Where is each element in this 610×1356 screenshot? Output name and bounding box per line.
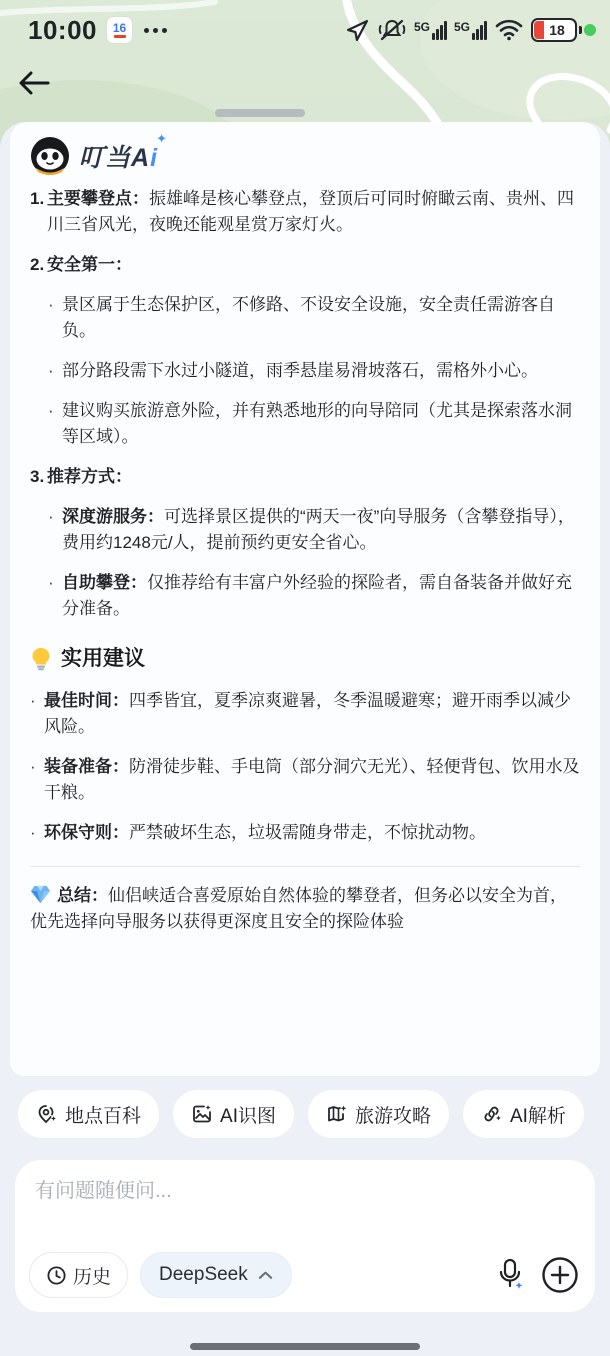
quick-action-location-wiki[interactable]: 地点百科 bbox=[18, 1090, 159, 1138]
sparkle-icon: ✦ bbox=[156, 131, 168, 147]
summary-paragraph: 总结：仙侣峡适合喜爱原始自然体验的攀登者，但务必以安全为首，优先选择向导服务以获… bbox=[30, 883, 580, 935]
history-button[interactable]: 历史 bbox=[29, 1252, 128, 1298]
composer-card: 历史 DeepSeek bbox=[15, 1160, 595, 1312]
app-logo: 叮当Ai✦ bbox=[30, 134, 580, 178]
drag-handle[interactable] bbox=[215, 109, 305, 117]
clock-icon bbox=[46, 1265, 67, 1286]
signal-5g-icon-2: 5G bbox=[454, 21, 487, 40]
list-item: · 景区属于生态保护区，不修路、不设安全设施，安全责任需游客自负。 bbox=[48, 292, 580, 344]
signal-5g-icon-1: 5G bbox=[414, 21, 447, 40]
tips-heading: 实用建议 bbox=[30, 646, 580, 672]
list-item: 3. 推荐方式： bbox=[30, 464, 580, 490]
quick-action-travel-guide[interactable]: 旅游攻略 bbox=[308, 1090, 449, 1138]
back-arrow-icon bbox=[16, 67, 52, 99]
recording-indicator-dot bbox=[584, 24, 596, 36]
calendar-icon: 16 bbox=[107, 17, 132, 43]
status-bar: 10:00 16 5G 5G bbox=[0, 12, 610, 48]
location-sparkle-icon bbox=[36, 1103, 58, 1125]
list-item: · 最佳时间：四季皆宜，夏季凉爽避暑，冬季温暖避寒；避开雨季以减少风险。 bbox=[30, 688, 580, 740]
diamond-icon bbox=[30, 885, 51, 904]
ai-answer-text: 1. 主要攀登点：振雄峰是核心攀登点，登顶后可同时俯瞰云南、贵州、四川三省风光，… bbox=[30, 186, 580, 935]
battery-icon: 18 bbox=[531, 18, 577, 42]
model-selector[interactable]: DeepSeek bbox=[140, 1252, 292, 1298]
question-input[interactable] bbox=[33, 1174, 577, 1209]
list-item: 1. 主要攀登点：振雄峰是核心攀登点，登顶后可同时俯瞰云南、贵州、四川三省风光，… bbox=[30, 186, 580, 238]
microphone-icon bbox=[495, 1258, 525, 1292]
quick-action-ai-image[interactable]: AI识图 bbox=[173, 1090, 294, 1138]
quick-action-ai-parse[interactable]: AI解析 bbox=[463, 1090, 584, 1138]
lightbulb-icon bbox=[30, 647, 52, 671]
wifi-icon bbox=[494, 18, 524, 42]
image-sparkle-icon bbox=[191, 1103, 213, 1125]
link-sparkle-icon bbox=[481, 1103, 503, 1125]
chevron-up-icon bbox=[258, 1270, 273, 1280]
list-item: · 装备准备：防滑徒步鞋、手电筒（部分洞穴无光）、轻便背包、饮用水及干粮。 bbox=[30, 754, 580, 806]
add-attachment-button[interactable] bbox=[541, 1256, 579, 1294]
screen: 10:00 16 5G 5G bbox=[0, 0, 610, 1356]
list-item: · 部分路段需下水过小隧道，雨季悬崖易滑坡落石，需格外小心。 bbox=[48, 358, 580, 384]
bottom-sheet: 叮当Ai✦ 1. 主要攀登点：振雄峰是核心攀登点，登顶后可同时俯瞰云南、贵州、四… bbox=[0, 122, 610, 1356]
answer-card: 叮当Ai✦ 1. 主要攀登点：振雄峰是核心攀登点，登顶后可同时俯瞰云南、贵州、四… bbox=[10, 122, 600, 1076]
list-item: · 环保守则：严禁破坏生态，垃圾需随身带走，不惊扰动物。 bbox=[30, 820, 580, 846]
divider bbox=[30, 866, 580, 867]
dingdang-penguin-avatar-icon bbox=[30, 136, 70, 176]
map-sparkle-icon bbox=[326, 1103, 348, 1125]
clock-time: 10:00 bbox=[28, 15, 97, 46]
list-item: 2. 安全第一： bbox=[30, 252, 580, 278]
list-item: · 自助攀登：仅推荐给有丰富户外经验的探险者，需自备装备并做好充分准备。 bbox=[48, 570, 580, 622]
home-indicator[interactable] bbox=[190, 1343, 420, 1350]
voice-input-button[interactable] bbox=[491, 1256, 529, 1294]
list-item: · 深度游服务：可选择景区提供的“两天一夜”向导服务（含攀登指导），费用约124… bbox=[48, 504, 580, 556]
back-button[interactable] bbox=[14, 64, 54, 104]
list-item: · 建议购买旅游意外险，并有熟悉地形的向导陪同（尤其是探索落水洞等区域）。 bbox=[48, 398, 580, 450]
plus-circle-icon bbox=[541, 1256, 579, 1294]
app-title: 叮当Ai✦ bbox=[79, 138, 158, 174]
quick-actions-row: 地点百科 AI识图 旅游攻略 bbox=[18, 1090, 610, 1138]
mute-vibrate-icon bbox=[377, 17, 407, 43]
location-arrow-icon bbox=[345, 18, 370, 43]
more-notifications-icon bbox=[144, 28, 167, 33]
